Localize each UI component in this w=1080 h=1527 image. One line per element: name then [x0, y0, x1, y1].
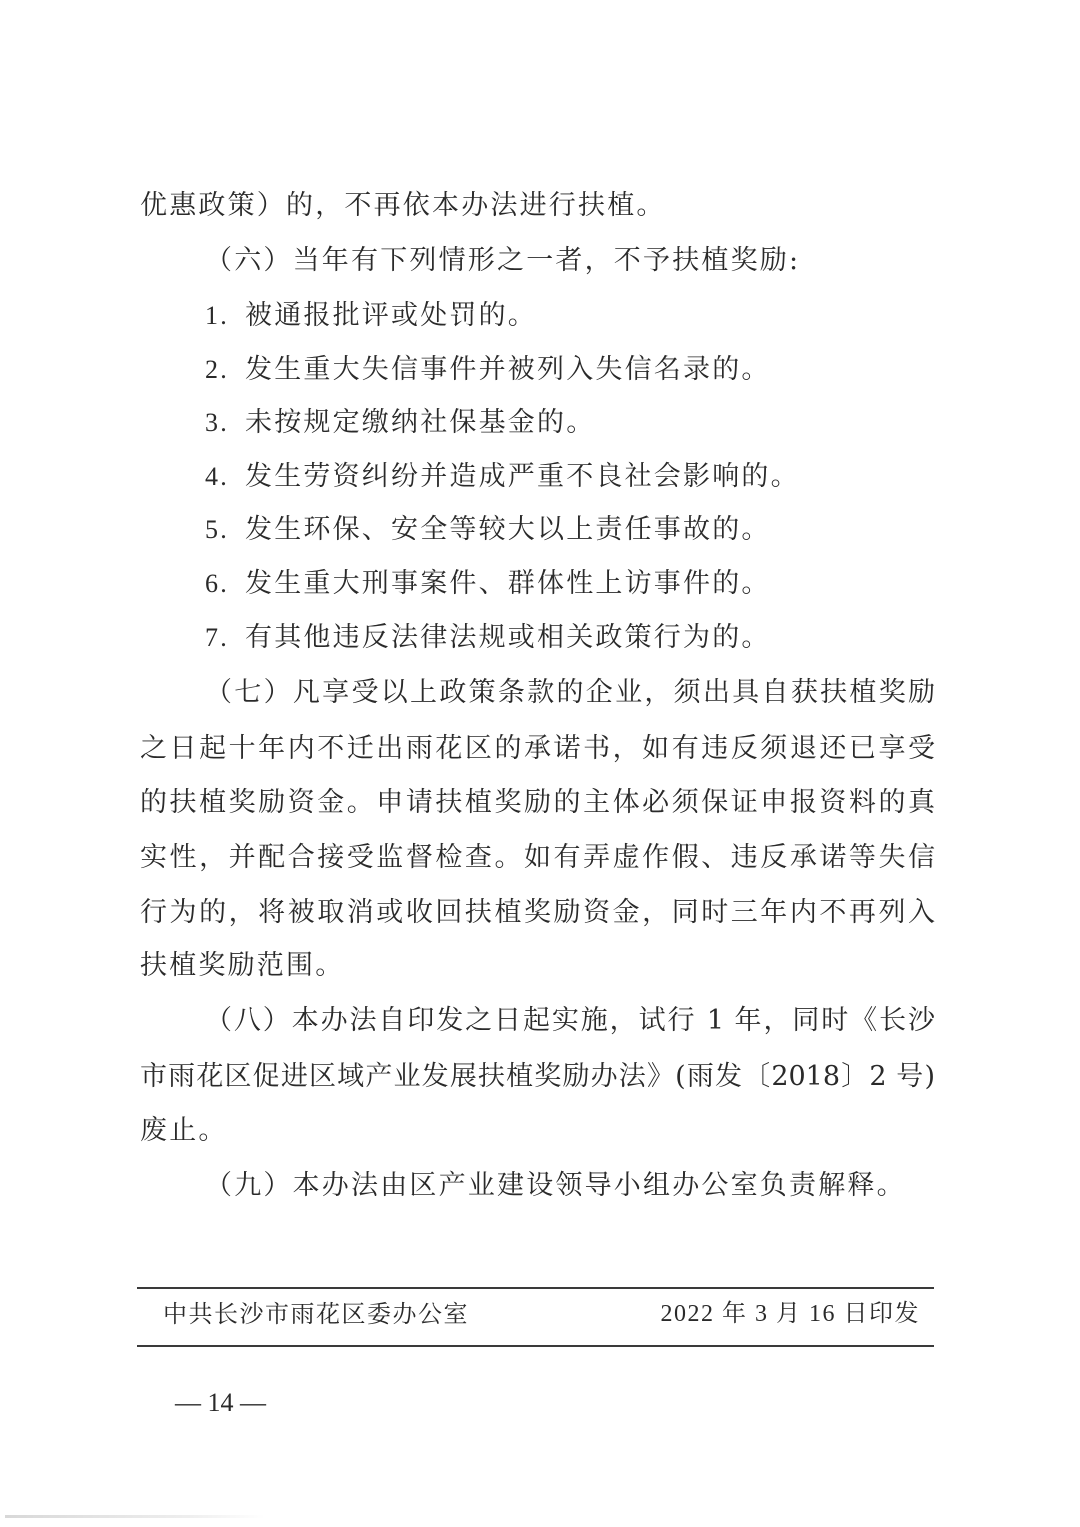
list-number: 2.	[205, 350, 245, 390]
list-item-text: 发生重大刑事案件、群体性上访事件的。	[245, 568, 771, 599]
list-item-text: 有其他违反法律法规或相关政策行为的。	[245, 622, 771, 653]
list-number: 3.	[205, 403, 245, 443]
list-item-text: 发生重大失信事件并被列入失信名录的。	[245, 354, 771, 385]
list-item-5: 5.发生环保、安全等较大以上责任事故的。	[205, 510, 1000, 550]
section-6-heading: （六）当年有下列情形之一者，不予扶植奖励:	[205, 241, 1000, 281]
section-7-line: （七）凡享受以上政策条款的企业，须出具自获扶植奖励	[205, 673, 935, 713]
list-number: 1.	[205, 296, 245, 336]
list-item-7: 7.有其他违反法律法规或相关政策行为的。	[205, 618, 1000, 658]
section-7-line: 的扶植奖励资金。申请扶植奖励的主体必须保证申报资料的真	[140, 783, 935, 823]
list-item-text: 未按规定缴纳社保基金的。	[245, 407, 595, 438]
list-number: 5.	[205, 510, 245, 550]
section-8-line: 废止。	[140, 1111, 935, 1151]
footer-top-rule	[137, 1287, 934, 1289]
list-item-text: 发生环保、安全等较大以上责任事故的。	[245, 514, 771, 545]
document-page: 优惠政策）的，不再依本办法进行扶植。 （六）当年有下列情形之一者，不予扶植奖励:…	[0, 0, 1080, 1527]
list-item-3: 3.未按规定缴纳社保基金的。	[205, 403, 1000, 443]
scan-edge-artifact	[5, 1515, 265, 1518]
list-item-6: 6.发生重大刑事案件、群体性上访事件的。	[205, 564, 1000, 604]
section-7-line: 实性，并配合接受监督检查。如有弄虚作假、违反承诺等失信	[140, 838, 935, 878]
list-number: 7.	[205, 618, 245, 658]
section-7-line: 行为的，将被取消或收回扶植奖励资金，同时三年内不再列入	[140, 893, 935, 933]
section-8-line: （八）本办法自印发之日起实施，试行 1 年，同时《长沙	[205, 1001, 935, 1041]
section-8-line: 市雨花区促进区域产业发展扶植奖励办法》(雨发〔2018〕2 号)	[140, 1057, 935, 1097]
issue-date: 2022 年 3 月 16 日印发	[661, 1296, 921, 1332]
list-item-4: 4.发生劳资纠纷并造成严重不良社会影响的。	[205, 457, 1000, 497]
section-7-line: 之日起十年内不迁出雨花区的承诺书，如有违反须退还已享受	[140, 729, 935, 769]
list-number: 6.	[205, 564, 245, 604]
list-item-text: 被通报批评或处罚的。	[245, 300, 537, 331]
section-7-line: 扶植奖励范围。	[140, 946, 935, 986]
list-item-2: 2.发生重大失信事件并被列入失信名录的。	[205, 350, 1000, 390]
list-item-1: 1.被通报批评或处罚的。	[205, 296, 1000, 336]
issuer-name: 中共长沙市雨花区委办公室	[163, 1296, 469, 1332]
paragraph-line: 优惠政策）的，不再依本办法进行扶植。	[140, 186, 935, 226]
section-9-line: （九）本办法由区产业建设领导小组办公室负责解释。	[205, 1166, 1000, 1206]
list-number: 4.	[205, 457, 245, 497]
footer-bottom-rule	[137, 1345, 934, 1347]
list-item-text: 发生劳资纠纷并造成严重不良社会影响的。	[245, 461, 800, 492]
page-number: — 14 —	[175, 1385, 266, 1421]
